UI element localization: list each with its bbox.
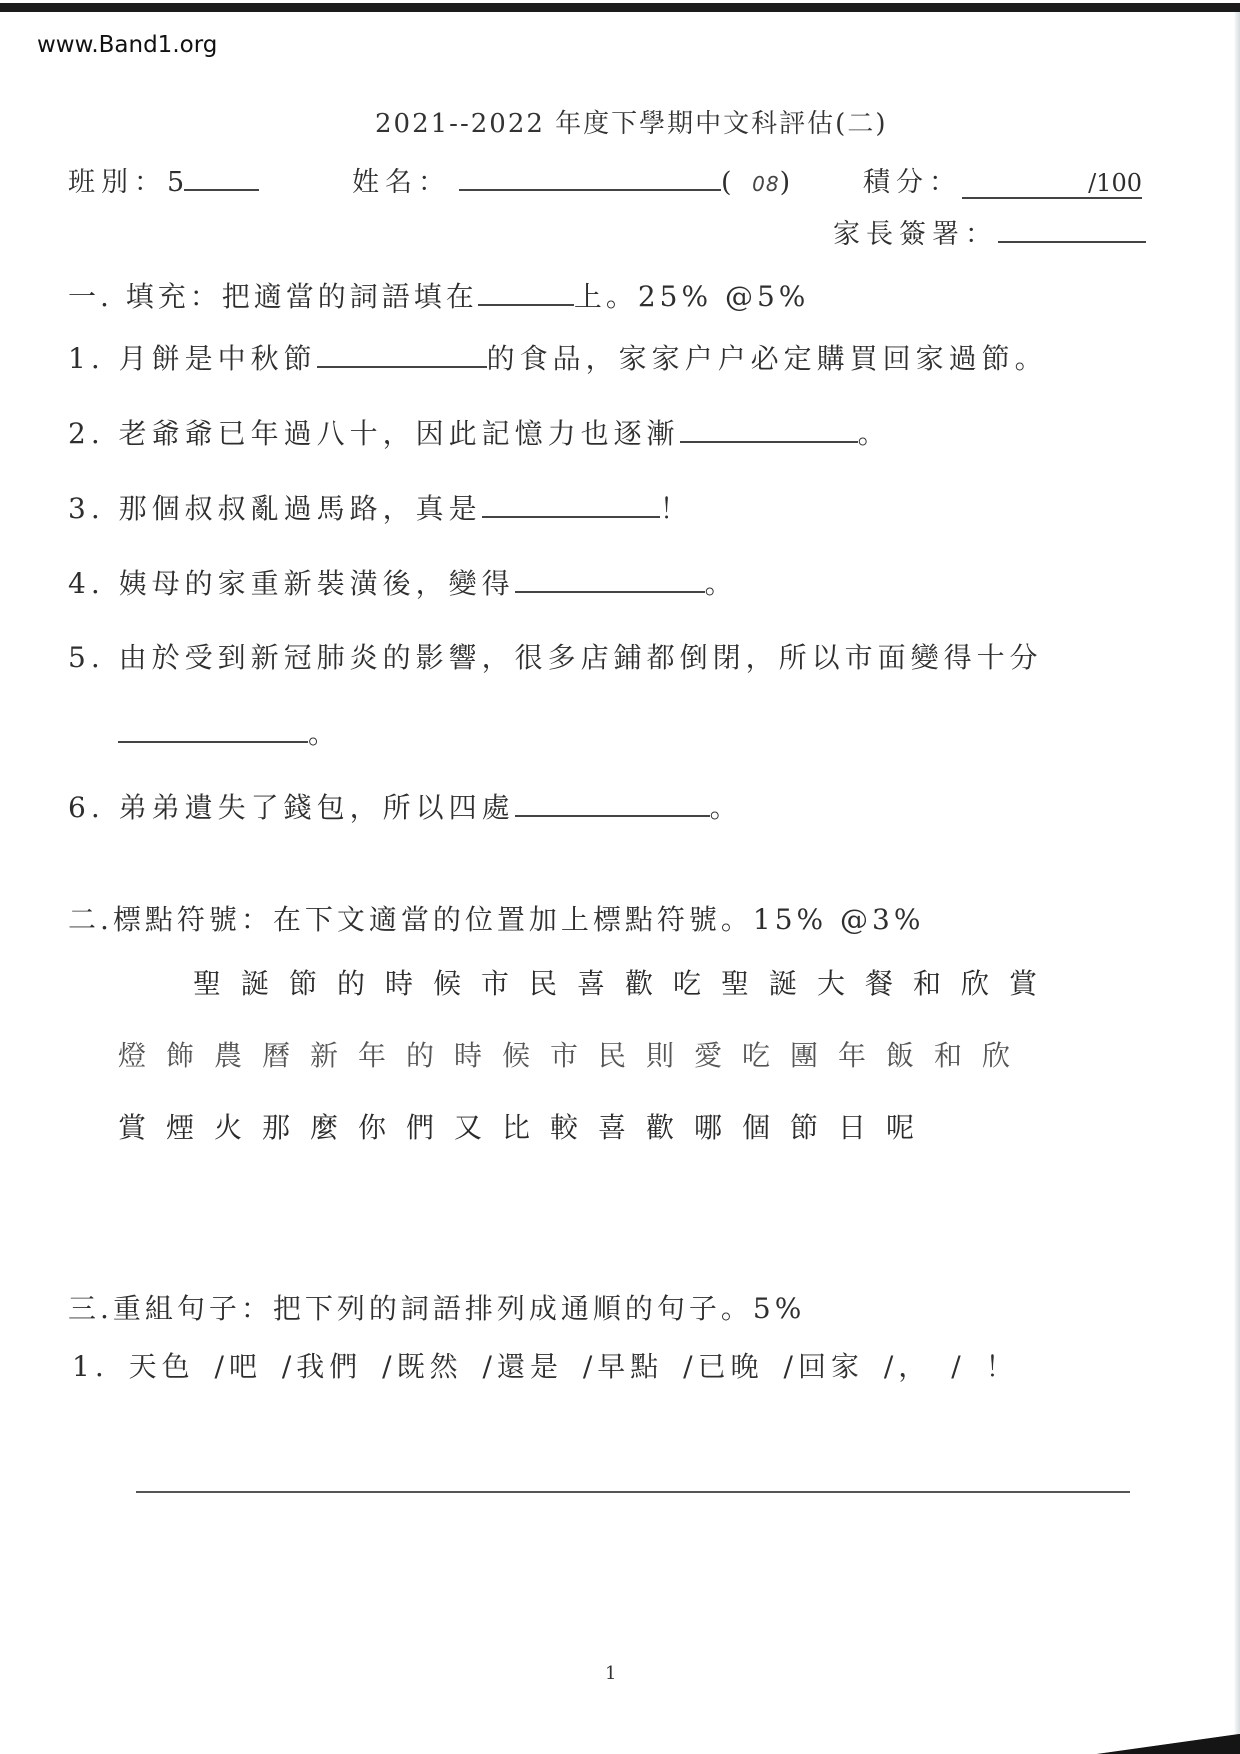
score-total: /100 [1088,169,1142,197]
scan-border-bottom [1060,1734,1240,1754]
reorder-answer-line[interactable] [136,1491,1130,1493]
class-field: 班別：5 [68,160,259,199]
question-4: 4. 姨母的家重新裝潢後，變得。 [68,562,738,602]
parent-signature-field: 家長簽署： [833,212,1146,251]
question-6-text: 6. 弟弟遺失了錢包，所以四處 [68,791,515,824]
answer-blank-1[interactable] [317,346,487,368]
question-5: 5. 由於受到新冠肺炎的影響，很多店鋪都倒閉，所以市面變得十分 [68,636,1043,676]
page-title: 2021--2022 年度下學期中文科評估(二) [375,103,887,140]
question-5-tail: 。 [308,717,341,750]
question-5-text: 5. 由於受到新冠肺炎的影響，很多店鋪都倒閉，所以市面變得十分 [68,641,1043,674]
answer-blank-4[interactable] [515,571,705,593]
question-5-answer: 。 [118,712,341,752]
parent-signature-blank[interactable] [998,221,1146,243]
student-number: 08 [752,172,779,196]
section1-heading: 一. 填充：把適當的詞語填在上。25% @5% [68,275,809,315]
name-field: 姓名：( 08) [352,160,796,199]
name-blank[interactable] [459,169,721,191]
parent-signature-label: 家長簽署： [833,219,998,250]
question-6: 6. 弟弟遺失了錢包，所以四處。 [68,786,743,826]
section1-heading-tail: 上。25% @5% [574,280,810,313]
class-blank[interactable] [184,169,259,191]
question-2: 2. 老爺爺已年過八十，因此記憶力也逐漸。 [68,412,891,452]
question-6-tail: 。 [710,791,743,824]
class-label: 班別： [68,167,167,198]
score-blank[interactable]: /100 [962,169,1142,199]
passage-line-1: 聖誕節的時候市民喜歡吃聖誕大餐和欣賞 [193,962,1057,1002]
number-open: ( [721,167,738,198]
name-label: 姓名： [352,167,451,198]
scan-border-top [0,0,1240,14]
question-4-tail: 。 [705,567,738,600]
question-3-text: 3. 那個叔叔亂過馬路，真是 [68,492,482,525]
answer-blank-3[interactable] [482,496,660,518]
answer-blank-5[interactable] [118,721,308,743]
scan-border-right [1234,12,1240,1754]
score-label: 積分： [863,167,962,198]
question-4-text: 4. 姨母的家重新裝潢後，變得 [68,567,515,600]
section1-heading-text: 一. 填充：把適當的詞語填在 [68,280,478,313]
section1-heading-blank [478,284,574,306]
section3-heading: 三.重組句子：把下列的詞語排列成通順的句子。5% [68,1287,805,1327]
page-number: 1 [605,1663,616,1684]
number-close: ) [780,167,797,198]
class-value: 5 [167,167,184,198]
question-2-tail: 。 [858,417,891,450]
question-1-tail: 的食品，家家户户必定購買回家過節。 [487,342,1048,375]
reorder-question-1: 1. 天色 /吧 /我們 /既然 /還是 /早點 /已晚 /回家 /， / ！ [72,1345,1019,1385]
question-3-tail: ！ [660,492,693,525]
passage-line-2: 燈飾農曆新年的時候市民則愛吃團年飯和欣 [118,1034,1030,1074]
watermark: www.Band1.org [37,32,217,58]
passage-line-3: 賞煙火那麼你們又比較喜歡哪個節日呢 [118,1106,934,1146]
question-1-text: 1. 月餅是中秋節 [68,342,317,375]
question-2-text: 2. 老爺爺已年過八十，因此記憶力也逐漸 [68,417,680,450]
section2-heading: 二.標點符號：在下文適當的位置加上標點符號。15% @3% [68,898,924,938]
score-field: 積分：/100 [863,160,1142,199]
question-1: 1. 月餅是中秋節的食品，家家户户必定購買回家過節。 [68,337,1048,377]
question-3: 3. 那個叔叔亂過馬路，真是！ [68,487,693,527]
answer-blank-6[interactable] [515,795,710,817]
answer-blank-2[interactable] [680,421,858,443]
